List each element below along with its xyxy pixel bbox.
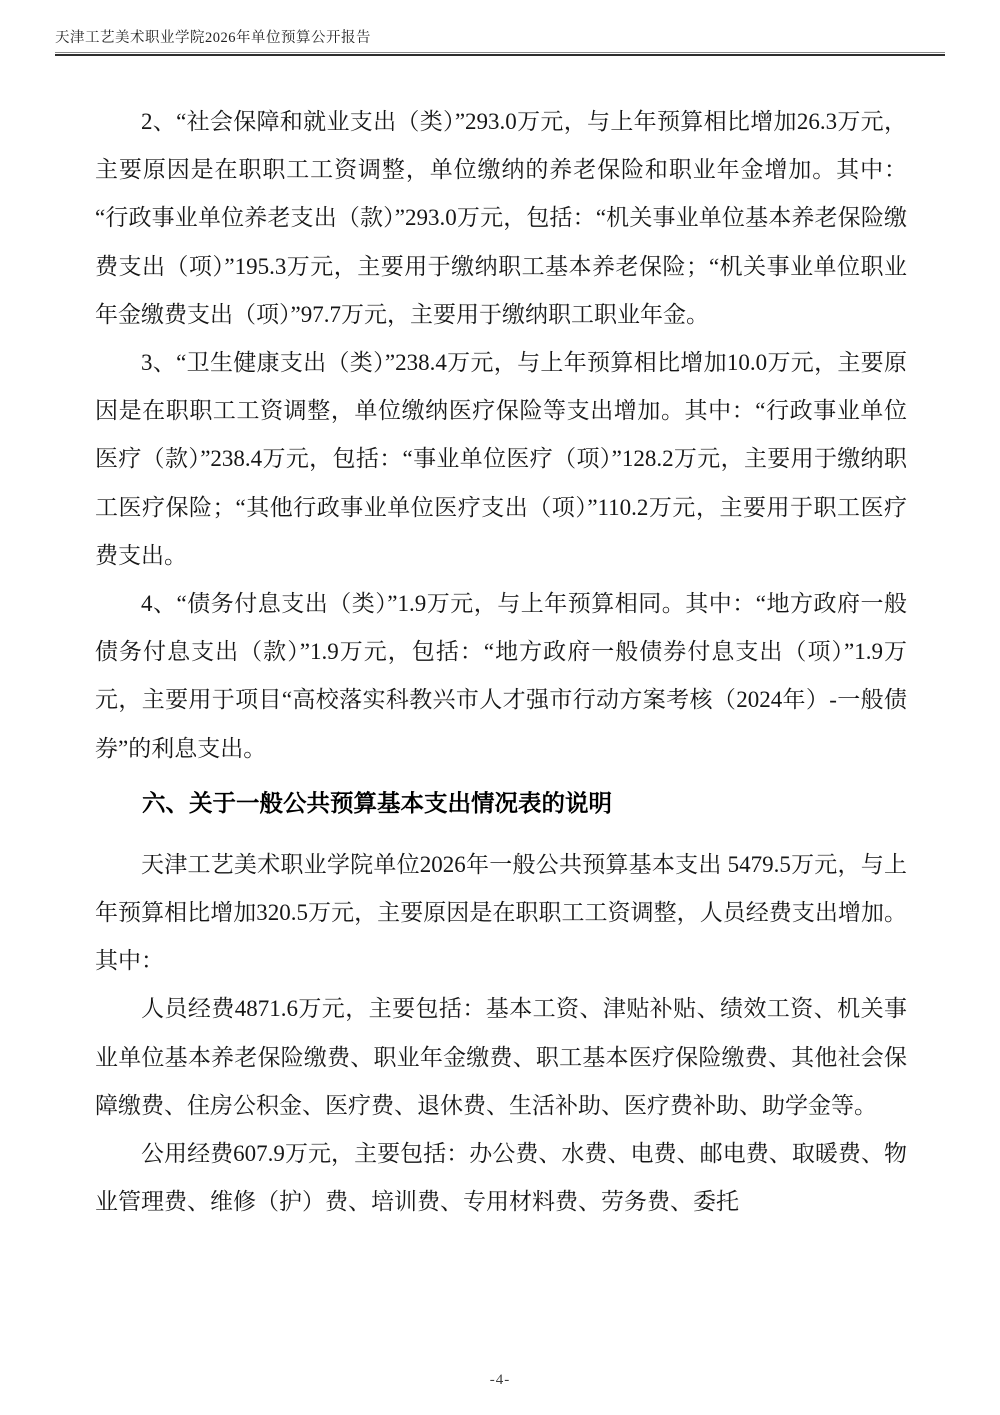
document-body: 2、“社会保障和就业支出（类）”293.0万元，与上年预算相比增加26.3万元，…	[95, 98, 907, 1226]
header-title: 天津工艺美术职业学院2026年单位预算公开报告	[55, 26, 945, 52]
paragraph-health-expenditure: 3、“卫生健康支出（类）”238.4万元，与上年预算相比增加10.0万元，主要原…	[95, 339, 907, 580]
page-number: -4-	[490, 1372, 511, 1388]
section-heading-basic-expenditure: 六、关于一般公共预算基本支出情况表的说明	[95, 773, 907, 841]
page-footer: -4-	[0, 1372, 1000, 1389]
paragraph-basic-expenditure-total: 天津工艺美术职业学院单位2026年一般公共预算基本支出 5479.5万元，与上年…	[95, 841, 907, 986]
running-header: 天津工艺美术职业学院2026年单位预算公开报告	[55, 26, 945, 56]
paragraph-debt-interest-expenditure: 4、“债务付息支出（类）”1.9万元，与上年预算相同。其中：“地方政府一般债务付…	[95, 580, 907, 773]
document-page: 天津工艺美术职业学院2026年单位预算公开报告 2、“社会保障和就业支出（类）”…	[0, 0, 1000, 1415]
paragraph-personnel-funds: 人员经费4871.6万元，主要包括：基本工资、津贴补贴、绩效工资、机关事业单位基…	[95, 985, 907, 1130]
paragraph-social-security-expenditure: 2、“社会保障和就业支出（类）”293.0万元，与上年预算相比增加26.3万元，…	[95, 98, 907, 339]
header-rule	[55, 52, 945, 56]
paragraph-public-funds: 公用经费607.9万元，主要包括：办公费、水费、电费、邮电费、取暖费、物业管理费…	[95, 1130, 907, 1226]
